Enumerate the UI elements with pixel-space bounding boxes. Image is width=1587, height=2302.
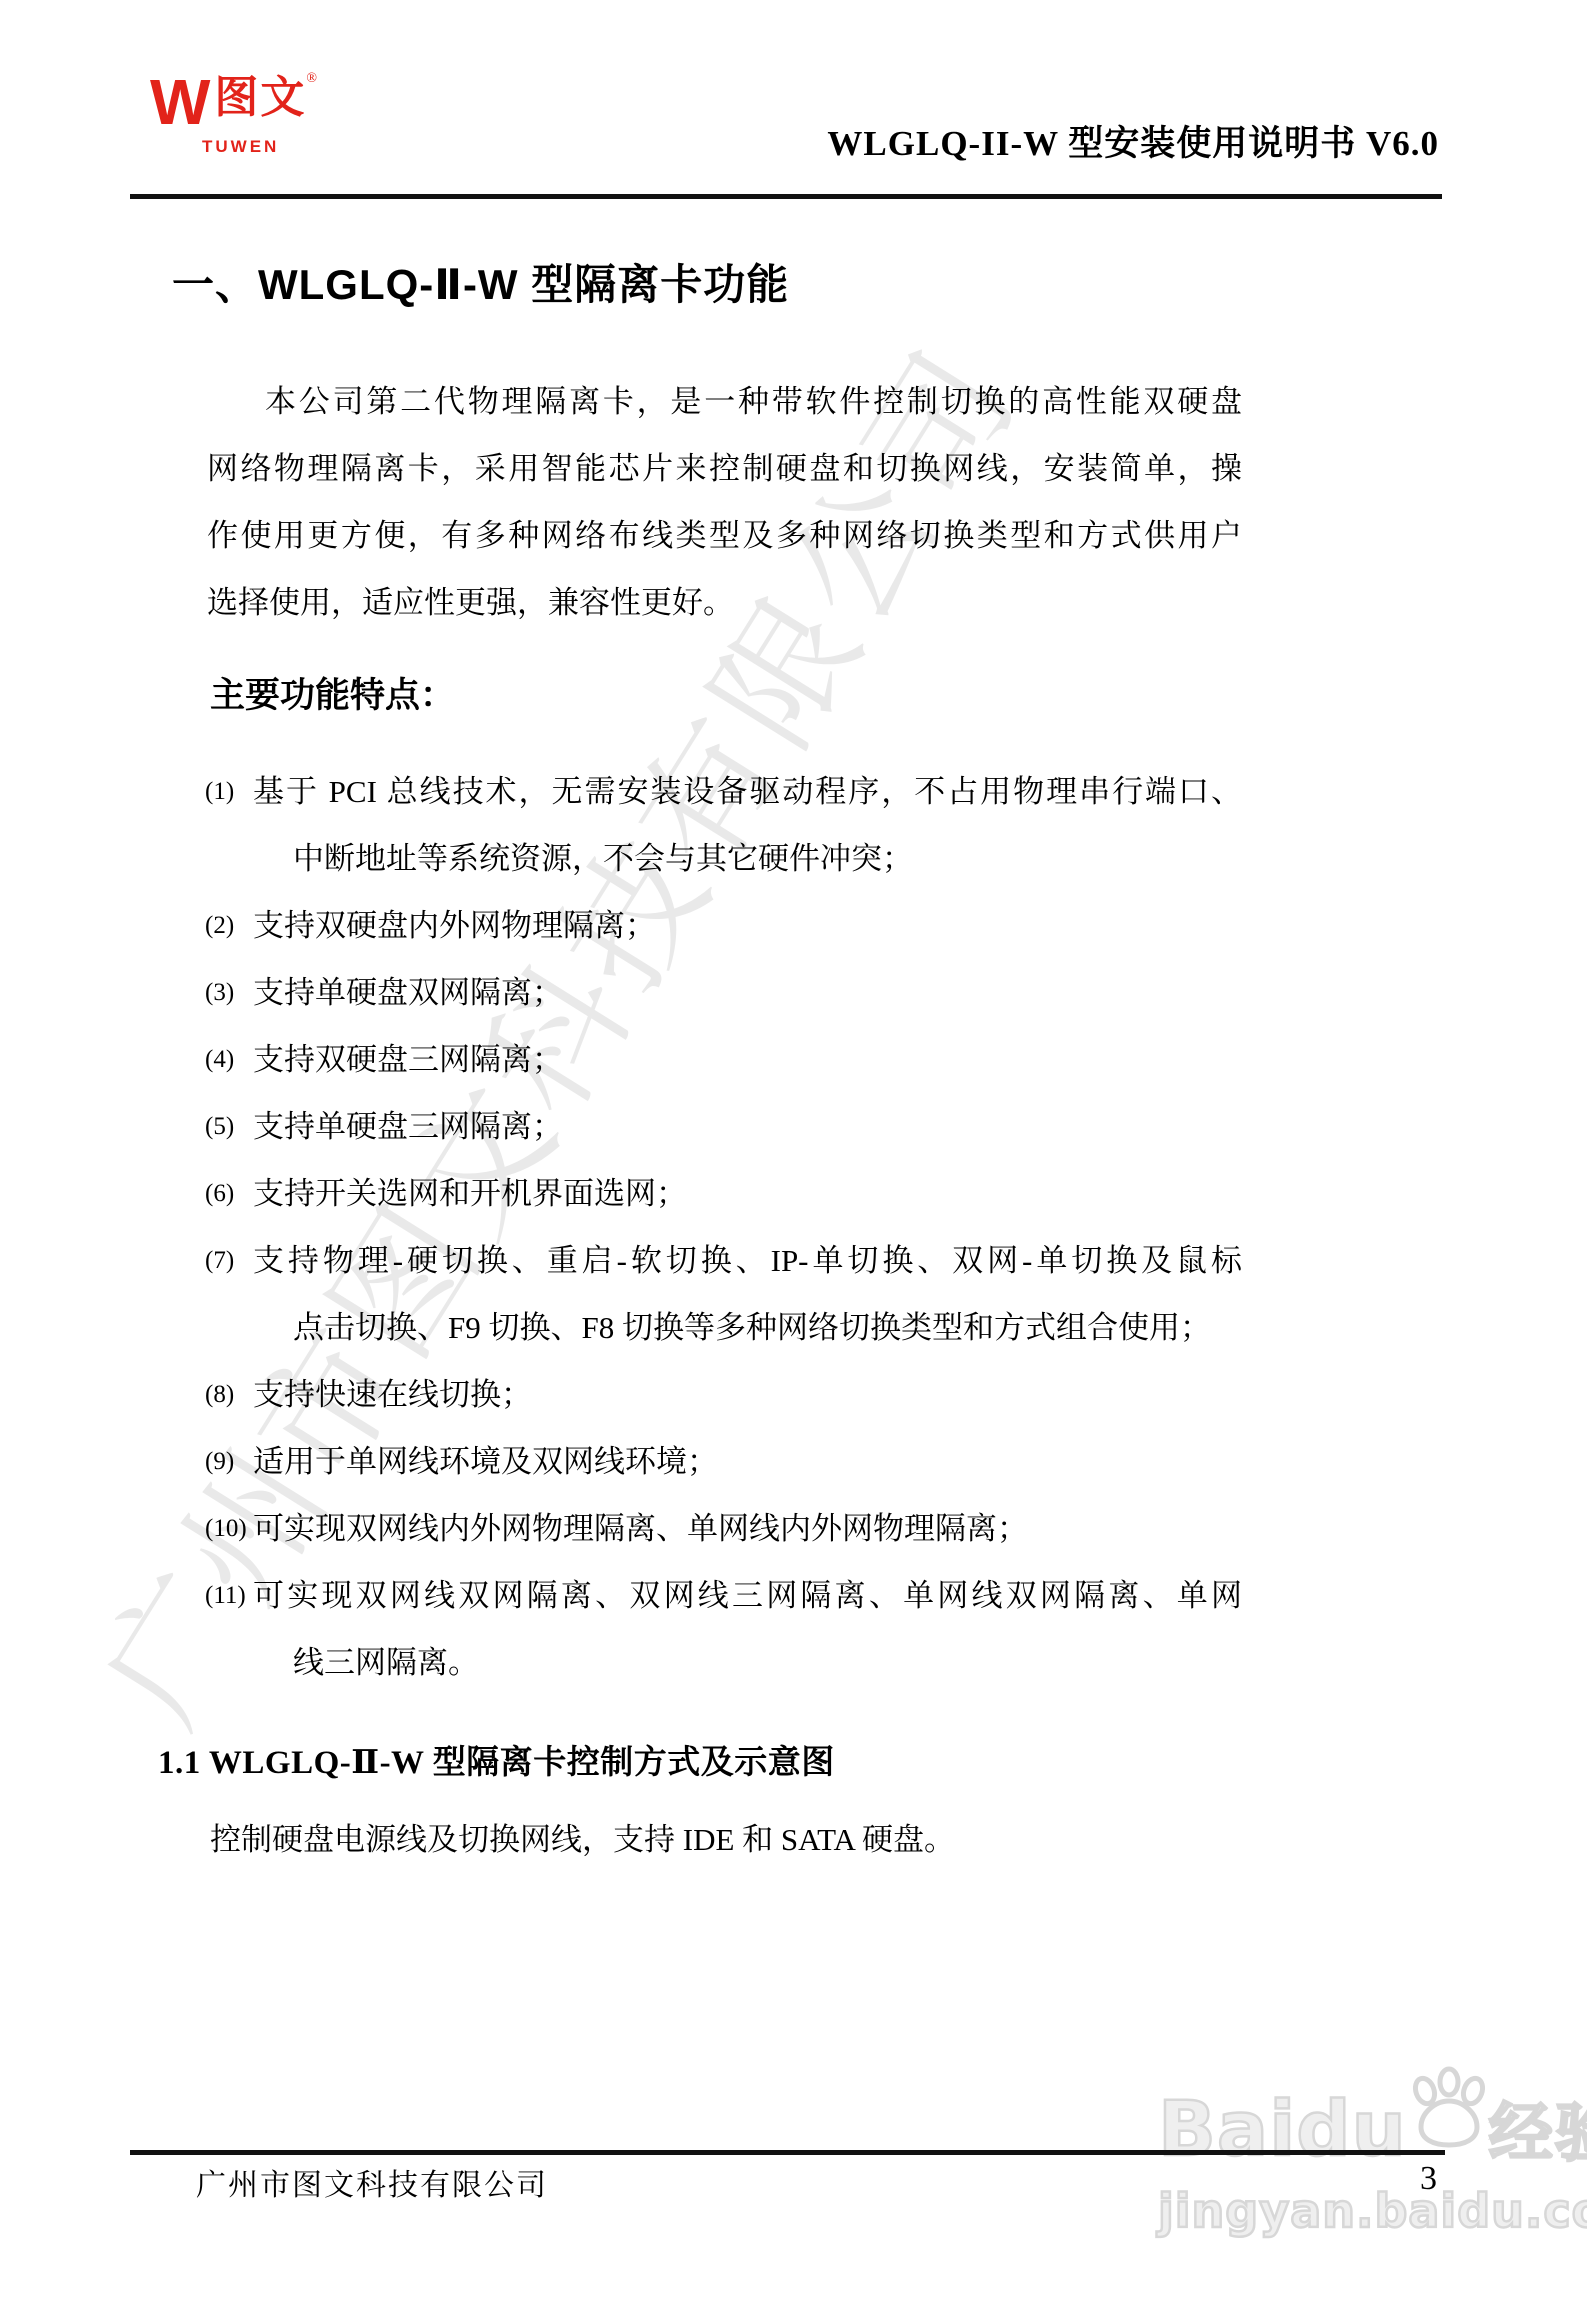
- logo-chinese-text: 图文: [214, 76, 306, 120]
- text-line: 网络物理隔离卡，采用智能芯片来控制硬盘和切换网线，安装简单，操: [207, 435, 1242, 502]
- list-item: (4)支持双硬盘三网隔离；: [205, 1026, 1242, 1093]
- text-line: 可实现双网线内外网物理隔离、单网线内外网物理隔离；: [253, 1495, 1242, 1562]
- features-heading: 主要功能特点：: [210, 668, 455, 718]
- list-item: (11)可实现双网线双网隔离、双网线三网隔离、单网线双网隔离、单网线三网隔离。: [205, 1562, 1242, 1696]
- text-line: 支持双硬盘内外网物理隔离；: [253, 892, 1242, 959]
- list-item: (9)适用于单网线环境及双网线环境；: [205, 1428, 1242, 1495]
- list-item-text: 可实现双网线内外网物理隔离、单网线内外网物理隔离；: [253, 1495, 1242, 1562]
- text-line: 支持单硬盘双网隔离；: [253, 959, 1242, 1026]
- text-line: 支持开关选网和开机界面选网；: [253, 1160, 1242, 1227]
- list-item-number: (11): [205, 1562, 253, 1696]
- list-item-number: (2): [205, 892, 253, 959]
- text-line: 支持快速在线切换；: [253, 1361, 1242, 1428]
- list-item-text: 支持双硬盘内外网物理隔离；: [253, 892, 1242, 959]
- list-item-number: (10): [205, 1495, 253, 1562]
- registered-trademark-icon: ®: [306, 72, 317, 86]
- document-title: WLGLQ-II-W 型安装使用说明书 V6.0: [827, 116, 1439, 166]
- text-line: 可实现双网线双网隔离、双网线三网隔离、单网线双网隔离、单网: [253, 1562, 1242, 1629]
- list-item-number: (4): [205, 1026, 253, 1093]
- list-item-number: (8): [205, 1361, 253, 1428]
- tuwen-logo: W 图文 ® TUWEN: [150, 70, 317, 155]
- text-line: 中断地址等系统资源，不会与其它硬件冲突；: [253, 825, 1242, 892]
- footer-row: 广州市图文科技有限公司 3: [130, 2160, 1445, 2204]
- text-line: 基于 PCI 总线技术，无需安装设备驱动程序，不占用物理串行端口、: [253, 758, 1242, 825]
- footer-company: 广州市图文科技有限公司: [196, 2160, 548, 2204]
- text-line: 支持物理-硬切换、重启-软切换、IP-单切换、双网-单切换及鼠标: [253, 1227, 1242, 1294]
- list-item: (2)支持双硬盘内外网物理隔离；: [205, 892, 1242, 959]
- text-line: 作使用更方便，有多种网络布线类型及多种网络切换类型和方式供用户: [207, 502, 1242, 569]
- list-item: (3)支持单硬盘双网隔离；: [205, 959, 1242, 1026]
- list-item-number: (9): [205, 1428, 253, 1495]
- list-item-number: (3): [205, 959, 253, 1026]
- subsection-heading: 1.1 WLGLQ-Ⅱ-W 型隔离卡控制方式及示意图: [158, 1736, 835, 1783]
- list-item: (5)支持单硬盘三网隔离；: [205, 1093, 1242, 1160]
- list-item-number: (6): [205, 1160, 253, 1227]
- list-item-number: (5): [205, 1093, 253, 1160]
- list-item-text: 可实现双网线双网隔离、双网线三网隔离、单网线双网隔离、单网线三网隔离。: [253, 1562, 1242, 1696]
- list-item: (8)支持快速在线切换；: [205, 1361, 1242, 1428]
- list-item-text: 适用于单网线环境及双网线环境；: [253, 1428, 1242, 1495]
- text-line: 支持单硬盘三网隔离；: [253, 1093, 1242, 1160]
- list-item-number: (7): [205, 1227, 253, 1361]
- section-heading: 一、WLGLQ-Ⅱ-W 型隔离卡功能: [172, 252, 789, 312]
- logo-w-glyph: W: [150, 70, 208, 134]
- list-item-text: 支持开关选网和开机界面选网；: [253, 1160, 1242, 1227]
- list-item: (10)可实现双网线内外网物理隔离、单网线内外网物理隔离；: [205, 1495, 1242, 1562]
- list-item: (7)支持物理-硬切换、重启-软切换、IP-单切换、双网-单切换及鼠标点击切换、…: [205, 1227, 1242, 1361]
- text-line: 线三网隔离。: [253, 1629, 1242, 1696]
- document-page: 广州市图文科技有限公司 Baidu 经验 jingyan.baidu.com: [0, 0, 1587, 2302]
- features-list: (1)基于 PCI 总线技术，无需安装设备驱动程序，不占用物理串行端口、中断地址…: [205, 758, 1242, 1696]
- text-line: 选择使用，适应性更强，兼容性更好。: [207, 569, 1242, 636]
- paw-icon: [1403, 2065, 1495, 2157]
- intro-paragraph: 本公司第二代物理隔离卡，是一种带软件控制切换的高性能双硬盘网络物理隔离卡，采用智…: [207, 368, 1242, 636]
- list-item: (1)基于 PCI 总线技术，无需安装设备驱动程序，不占用物理串行端口、中断地址…: [205, 758, 1242, 892]
- list-item-text: 支持双硬盘三网隔离；: [253, 1026, 1242, 1093]
- list-item: (6)支持开关选网和开机界面选网；: [205, 1160, 1242, 1227]
- baidu-watermark-row: Baidu 经验: [1158, 2086, 1587, 2170]
- list-item-text: 支持单硬盘三网隔离；: [253, 1093, 1242, 1160]
- list-item-number: (1): [205, 758, 253, 892]
- text-line: 本公司第二代物理隔离卡，是一种带软件控制切换的高性能双硬盘: [207, 368, 1242, 435]
- list-item-text: 基于 PCI 总线技术，无需安装设备驱动程序，不占用物理串行端口、中断地址等系统…: [253, 758, 1242, 892]
- logo-mark: W 图文 ®: [150, 70, 317, 134]
- header-divider: [130, 194, 1442, 199]
- baidu-suffix-text: 经验: [1489, 2082, 1587, 2174]
- text-line: 点击切换、F9 切换、F8 切换等多种网络切换类型和方式组合使用；: [253, 1294, 1242, 1361]
- text-line: 支持双硬盘三网隔离；: [253, 1026, 1242, 1093]
- logo-subtext: TUWEN: [202, 138, 317, 155]
- list-item-text: 支持物理-硬切换、重启-软切换、IP-单切换、双网-单切换及鼠标点击切换、F9 …: [253, 1227, 1242, 1361]
- page-number: 3: [1420, 2160, 1437, 2198]
- subsection-paragraph: 控制硬盘电源线及切换网线，支持 IDE 和 SATA 硬盘。: [210, 1806, 955, 1873]
- text-line: 适用于单网线环境及双网线环境；: [253, 1428, 1242, 1495]
- list-item-text: 支持快速在线切换；: [253, 1361, 1242, 1428]
- list-item-text: 支持单硬盘双网隔离；: [253, 959, 1242, 1026]
- footer-divider: [130, 2150, 1445, 2155]
